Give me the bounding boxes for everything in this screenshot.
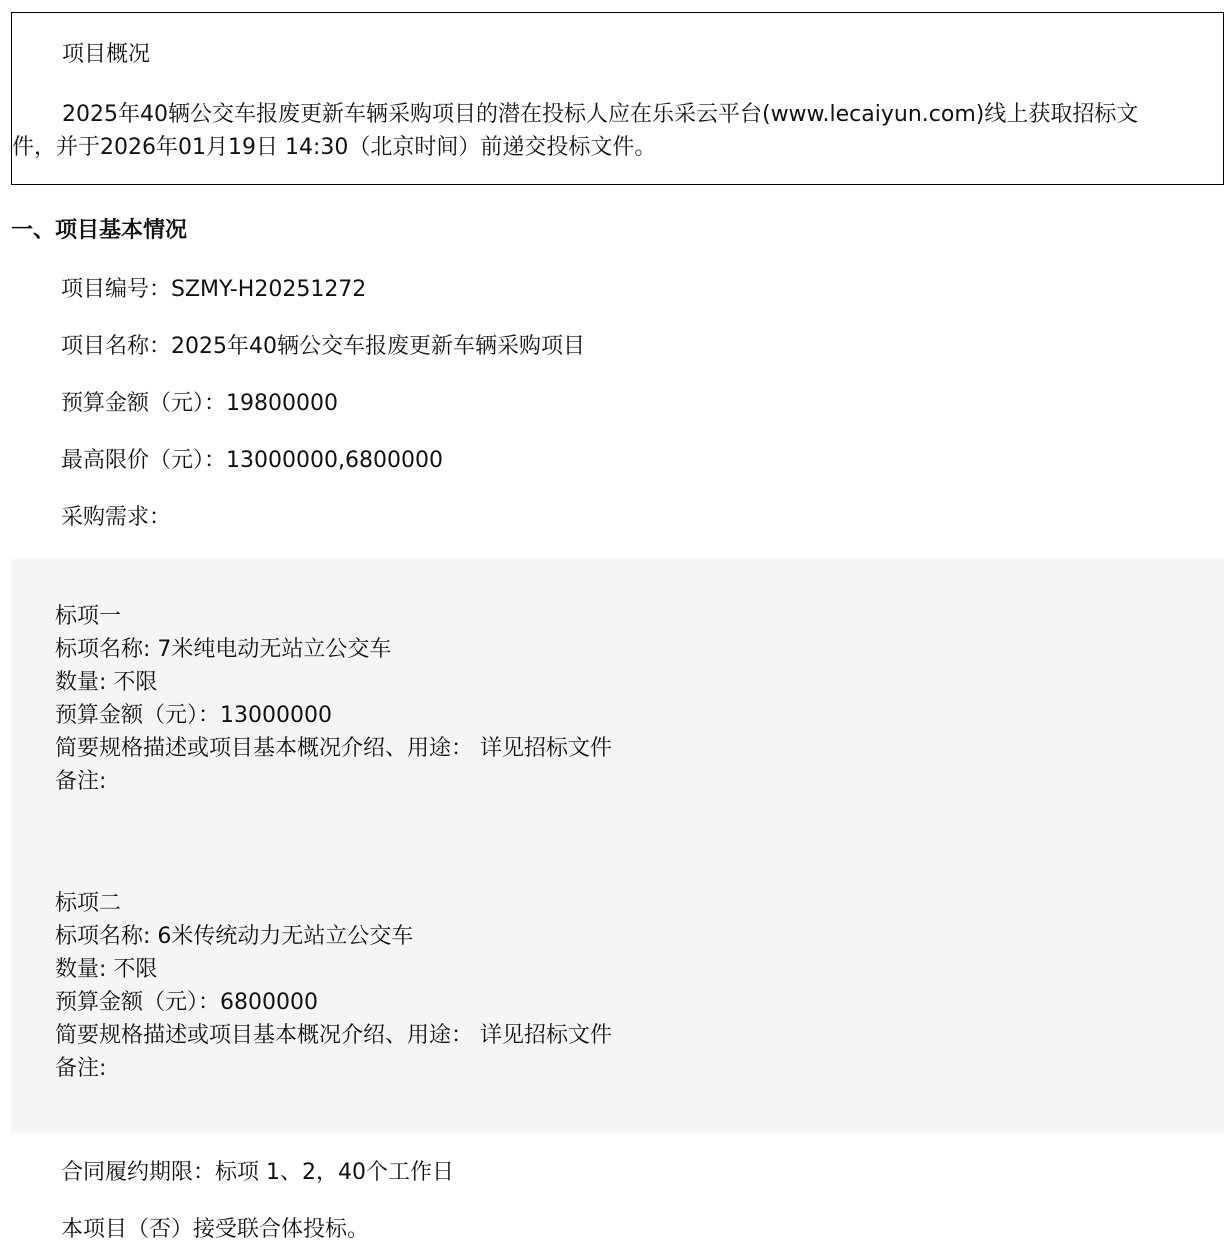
procurement-requirements-label: 采购需求：	[61, 503, 171, 533]
project-summary-box: 项目概况 2025年40辆公交车报废更新车辆采购项目的潜在投标人应在乐采云平台(…	[11, 12, 1224, 185]
lot-remarks: 备注:	[55, 765, 612, 798]
lot-quantity: 数量: 不限	[55, 666, 612, 699]
project-number: 项目编号：SZMY-H20251272	[61, 275, 366, 305]
budget-amount: 预算金额（元）：19800000	[61, 389, 338, 419]
lot-2: 标项二 标项名称: 6米传统动力无站立公交车 数量: 不限 预算金额（元）：68…	[55, 887, 612, 1085]
summary-title: 项目概况	[62, 41, 150, 69]
lot-remarks: 备注:	[55, 1052, 612, 1085]
max-price: 最高限价（元）：13000000,6800000	[61, 446, 443, 476]
lot-budget: 预算金额（元）：13000000	[55, 699, 612, 732]
lot-title: 标项一	[55, 600, 612, 633]
lot-1: 标项一 标项名称: 7米纯电动无站立公交车 数量: 不限 预算金额（元）：130…	[55, 600, 612, 798]
section-heading-basic-info: 一、项目基本情况	[11, 216, 187, 246]
contract-period: 合同履约期限：标项 1、2，40个工作日	[61, 1158, 454, 1188]
lot-name: 标项名称: 6米传统动力无站立公交车	[55, 920, 612, 953]
lot-description: 简要规格描述或项目基本概况介绍、用途： 详见招标文件	[55, 732, 612, 765]
lot-budget: 预算金额（元）：6800000	[55, 986, 612, 1019]
lot-title: 标项二	[55, 887, 612, 920]
consortium-bidding: 本项目（否）接受联合体投标。	[61, 1215, 369, 1245]
lot-quantity: 数量: 不限	[55, 953, 612, 986]
summary-body: 2025年40辆公交车报废更新车辆采购项目的潜在投标人应在乐采云平台(www.l…	[12, 98, 1162, 164]
lot-description: 简要规格描述或项目基本概况介绍、用途： 详见招标文件	[55, 1019, 612, 1052]
project-name: 项目名称：2025年40辆公交车报废更新车辆采购项目	[61, 332, 585, 362]
procurement-lots-block: 标项一 标项名称: 7米纯电动无站立公交车 数量: 不限 预算金额（元）：130…	[11, 559, 1224, 1133]
lot-name: 标项名称: 7米纯电动无站立公交车	[55, 633, 612, 666]
